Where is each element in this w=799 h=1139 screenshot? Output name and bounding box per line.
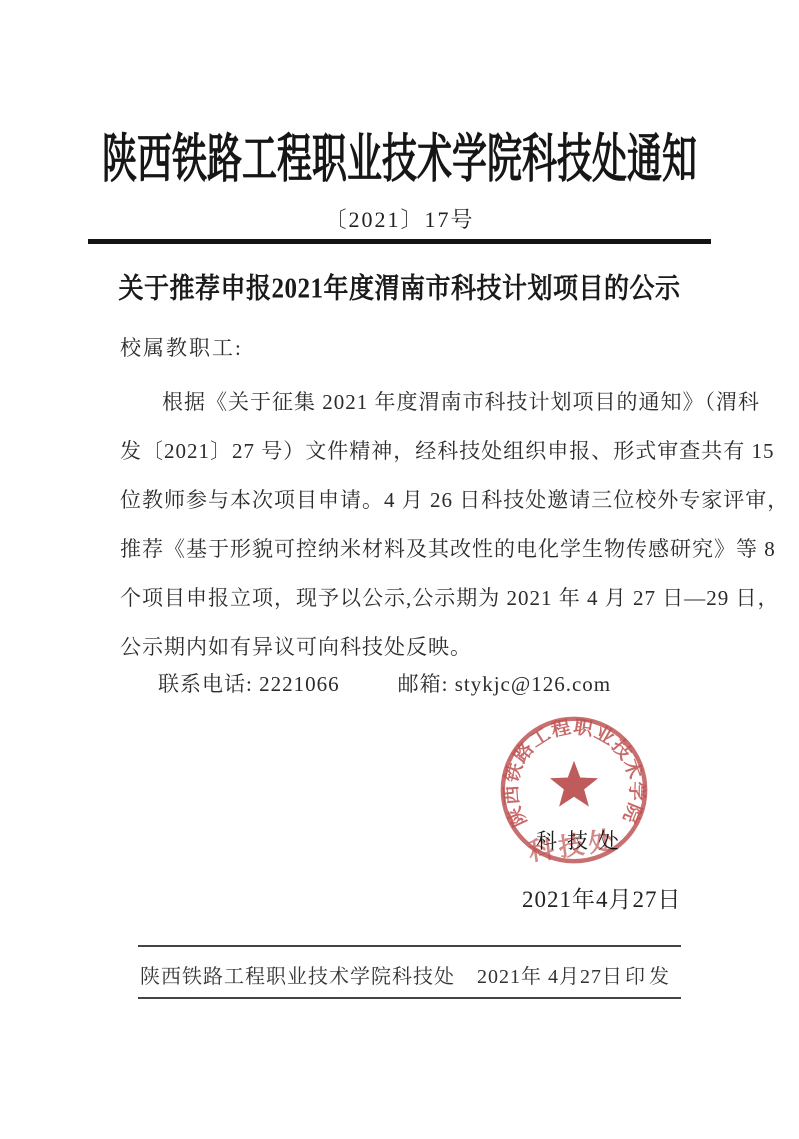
seal-bottom-text: 科技处: [527, 826, 621, 866]
header-divider-rule: [88, 239, 711, 244]
email-address: stykjc@126.com: [455, 672, 611, 696]
email-label: 邮箱:: [398, 672, 455, 696]
footer-imprint-row: 陕西铁路工程职业技术学院科技处 2021年 4月27日 印发: [138, 960, 681, 990]
document-page: 陕西铁路工程职业技术学院科技处通知 〔2021〕17号 关于推荐申报2021年度…: [0, 0, 799, 1139]
body-line: 发〔2021〕27 号）文件精神，经科技处组织申报、形式审查共有 15: [120, 427, 680, 476]
body-line: 根据《关于征集 2021 年度渭南市科技计划项目的通知》（渭科: [120, 378, 680, 427]
body-line: 公示期内如有异议可向科技处反映。: [120, 623, 680, 672]
footer-top-rule: [138, 945, 681, 947]
body-line: 位教师参与本次项目申请。4 月 26 日科技处邀请三位校外专家评审，: [120, 476, 680, 525]
footer-print-date: 2021年 4月27日: [477, 960, 623, 989]
document-number: 〔2021〕17号: [0, 203, 799, 234]
body-line: 推荐《基于形貌可控纳米材料及其改性的电化学生物传感研究》等 8: [120, 525, 680, 574]
notice-body: 根据《关于征集 2021 年度渭南市科技计划项目的通知》（渭科 发〔2021〕2…: [120, 378, 680, 672]
phone-number: 2221066: [259, 672, 340, 696]
official-red-seal: 陕西铁路工程职业技术学院 科技处: [496, 712, 652, 868]
contact-info: 联系电话: 2221066邮箱: stykjc@126.com: [158, 668, 611, 698]
signature-date: 2021年4月27日: [522, 881, 682, 914]
notice-subject-heading: 关于推荐申报2021年度渭南市科技计划项目的公示: [0, 266, 799, 306]
footer-issuer: 陕西铁路工程职业技术学院科技处: [140, 960, 455, 989]
document-title: 陕西铁路工程职业技术学院科技处通知: [0, 133, 799, 188]
footer-bottom-rule: [138, 997, 681, 999]
salutation: 校属教职工:: [120, 332, 243, 362]
body-line: 个项目申报立项，现予以公示,公示期为 2021 年 4 月 27 日—29 日，: [120, 574, 680, 623]
footer-print-label: 印发: [625, 960, 673, 989]
phone-label: 联系电话:: [158, 672, 259, 696]
seal-star-icon: [550, 761, 598, 807]
